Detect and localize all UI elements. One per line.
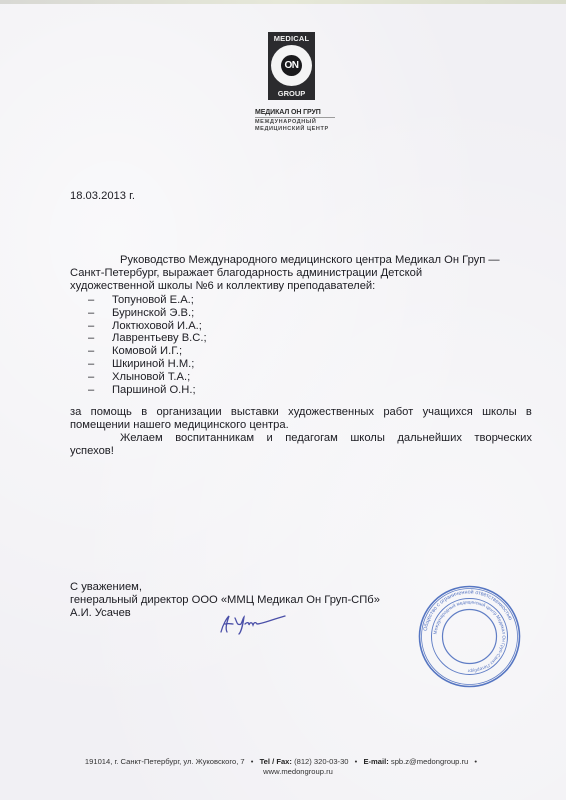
signature-icon	[215, 612, 295, 636]
letter-footer: 191014, г. Санкт-Петербург, ул. Жуковско…	[0, 757, 566, 777]
list-item: –Буринской Э.В.;	[88, 307, 207, 320]
thanks-line-1: за помощь в организации выставки художес…	[70, 406, 532, 419]
thanks-line-2: помещении нашего медицинского центра.	[70, 419, 532, 432]
tel-value: (812) 320-03-30	[294, 757, 348, 766]
wishes-line-2: успехов!	[70, 445, 532, 458]
footer-contacts: 191014, г. Санкт-Петербург, ул. Жуковско…	[0, 757, 566, 767]
word: воспитанникам	[175, 432, 254, 445]
word: помощь	[91, 406, 132, 419]
dash-marker: –	[88, 332, 112, 345]
dash-marker: –	[88, 307, 112, 320]
list-item: –Топуновой Е.А.;	[88, 294, 207, 307]
word: за	[70, 406, 81, 419]
intro-paragraph: Руководство Международного медицинского …	[70, 254, 532, 293]
recipient-name: Паршиной О.Н.;	[112, 384, 196, 396]
company-stamp-icon: Общество с ограниченной ответственностью…	[418, 585, 521, 688]
signatory-title: генеральный директор ООО «ММЦ Медикал Он…	[70, 594, 380, 607]
word: в	[526, 406, 532, 419]
brand-subtitle-line1: МЕЖДУНАРОДНЫЙ	[255, 119, 345, 126]
medical-on-group-logo: MEDICAL ON GROUP	[268, 32, 315, 100]
word: школы	[350, 432, 385, 445]
footer-website[interactable]: www.medongroup.ru	[0, 767, 566, 777]
word: и	[267, 432, 273, 445]
recipient-name: Локтюховой И.А.;	[112, 320, 202, 332]
intro-line-3: художественной школы №6 и коллективу пре…	[70, 280, 532, 293]
brand-subtitle: МЕЖДУНАРОДНЫЙ МЕДИЦИНСКИЙ ЦЕНТР	[255, 119, 345, 133]
email-value[interactable]: spb.z@medongroup.ru	[391, 757, 468, 766]
recipient-name: Топуновой Е.А.;	[112, 294, 194, 306]
list-item: –Локтюховой И.А.;	[88, 320, 207, 333]
word: школы	[482, 406, 517, 419]
logo-top-text: MEDICAL	[268, 34, 315, 43]
footer-address: 191014, г. Санкт-Петербург, ул. Жуковско…	[85, 757, 245, 766]
list-item: –Шкириной Н.М.;	[88, 358, 207, 371]
logo-bottom-text: GROUP	[268, 89, 315, 98]
brand-divider	[255, 117, 335, 118]
letter-page: MEDICAL ON GROUP МЕДИКАЛ ОН ГРУП МЕЖДУНА…	[0, 0, 566, 800]
bullet-separator: •	[351, 757, 362, 766]
list-item: –Хлыновой Т.А.;	[88, 371, 207, 384]
thanks-paragraph: за помощь в организации выставки художес…	[70, 406, 532, 458]
dash-marker: –	[88, 358, 112, 371]
dash-marker: –	[88, 345, 112, 358]
letter-date: 18.03.2013 г.	[70, 190, 135, 203]
word: художественных	[288, 406, 374, 419]
dash-marker: –	[88, 294, 112, 307]
bullet-separator: •	[247, 757, 258, 766]
list-item: –Паршиной О.Н.;	[88, 384, 207, 397]
recipient-name: Комовой И.Г.;	[112, 345, 182, 357]
svg-text:Международный медицинский цент: Международный медицинский центр Медикал …	[433, 599, 507, 673]
recipients-list: –Топуновой Е.А.; –Буринской Э.В.; –Локтю…	[88, 294, 207, 396]
logo-center: ON	[281, 55, 302, 76]
paper-edge	[0, 0, 566, 4]
intro-line-1: Руководство Международного медицинского …	[70, 254, 532, 267]
intro-line-2: Санкт-Петербург, выражает благодарность …	[70, 267, 532, 280]
dash-marker: –	[88, 371, 112, 384]
bullet-separator: •	[470, 757, 481, 766]
word: дальнейших	[397, 432, 462, 445]
word: творческих	[474, 432, 532, 445]
closing-greeting: С уважением,	[70, 581, 380, 594]
logo-ring: ON	[271, 45, 312, 86]
word: выставки	[231, 406, 279, 419]
dash-marker: –	[88, 320, 112, 333]
word: Желаем	[120, 432, 163, 445]
brand-subtitle-line2: МЕДИЦИНСКИЙ ЦЕНТР	[255, 126, 345, 133]
tel-label: Tel / Fax:	[260, 757, 292, 766]
list-item: –Комовой И.Г.;	[88, 345, 207, 358]
list-item: –Лаврентьеву В.С.;	[88, 332, 207, 345]
brand-name: МЕДИКАЛ ОН ГРУП	[255, 109, 335, 116]
recipient-name: Шкириной Н.М.;	[112, 358, 194, 370]
word: организации	[156, 406, 221, 419]
word: работ	[383, 406, 413, 419]
recipient-name: Буринской Э.В.;	[112, 307, 194, 319]
word: педагогам	[285, 432, 338, 445]
recipient-name: Хлыновой Т.А.;	[112, 371, 190, 383]
dash-marker: –	[88, 384, 112, 397]
word: учащихся	[423, 406, 473, 419]
recipient-name: Лаврентьеву В.С.;	[112, 332, 207, 344]
word: в	[141, 406, 147, 419]
email-label: E-mail:	[363, 757, 388, 766]
wishes-line-1: Желаем воспитанникам и педагогам школы д…	[70, 432, 532, 445]
